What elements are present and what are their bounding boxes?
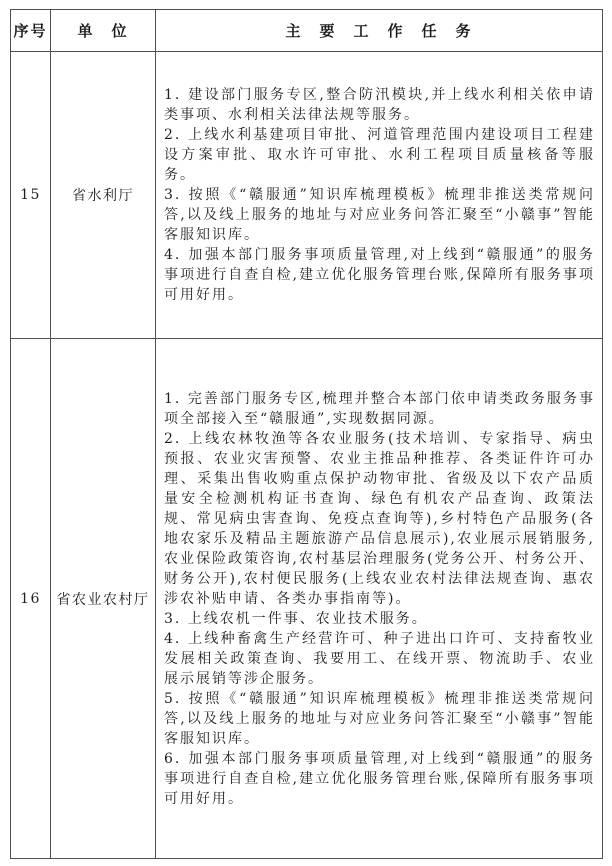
row-tasks-cell: 1. 完善部门服务专区,梳理并整合本部门依申请类政务服务事项全部接入至“赣服通”… xyxy=(156,339,603,859)
task-item: 6. 加强本部门服务事项质量管理,对上线到“赣服通”的服务事项进行自查自检,建立… xyxy=(164,749,595,809)
document-page: 序号 单 位 主 要 工 作 任 务 15 省水利厅 1. 建设部门服务专区,整… xyxy=(0,0,612,866)
task-item: 2. 上线农林牧渔等各农业服务(技术培训、专家指导、病虫预报、农业灾害预警、农业… xyxy=(164,429,595,609)
row-index: 16 xyxy=(11,339,51,859)
task-item: 3. 上线农机一件事、农业技术服务。 xyxy=(164,609,595,629)
task-item: 5. 按照《“赣服通”知识库梳理模板》梳理非推送类常规问答,以及线上服务的地址与… xyxy=(164,689,595,749)
row-index: 15 xyxy=(11,52,51,339)
header-unit: 单 位 xyxy=(51,10,156,52)
task-item: 3. 按照《“赣服通”知识库梳理模板》梳理非推送类常规问答,以及线上服务的地址与… xyxy=(164,185,595,245)
task-item: 1. 完善部门服务专区,梳理并整合本部门依申请类政务服务事项全部接入至“赣服通”… xyxy=(164,389,595,429)
row-unit: 省农业农村厅 xyxy=(51,339,156,859)
row-unit: 省水利厅 xyxy=(51,52,156,339)
task-item: 4. 上线种畜禽生产经营许可、种子进出口许可、支持畜牧业发展相关政策查询、我要用… xyxy=(164,629,595,689)
task-item: 1. 建设部门服务专区,整合防汛模块,并上线水利相关依申请类事项、水利相关法律法… xyxy=(164,85,595,125)
task-item: 4. 加强本部门服务事项质量管理,对上线到“赣服通”的服务事项进行自查自检,建立… xyxy=(164,245,595,305)
task-item: 2. 上线水利基建项目审批、河道管理范围内建设项目工程建设方案审批、取水许可审批… xyxy=(164,125,595,185)
header-tasks: 主 要 工 作 任 务 xyxy=(156,10,603,52)
header-index: 序号 xyxy=(11,10,51,52)
work-tasks-table: 序号 单 位 主 要 工 作 任 务 15 省水利厅 1. 建设部门服务专区,整… xyxy=(10,9,603,859)
table-row: 16 省农业农村厅 1. 完善部门服务专区,梳理并整合本部门依申请类政务服务事项… xyxy=(11,339,603,859)
table-row: 15 省水利厅 1. 建设部门服务专区,整合防汛模块,并上线水利相关依申请类事项… xyxy=(11,52,603,339)
table-header-row: 序号 单 位 主 要 工 作 任 务 xyxy=(11,10,603,52)
row-tasks-cell: 1. 建设部门服务专区,整合防汛模块,并上线水利相关依申请类事项、水利相关法律法… xyxy=(156,52,603,339)
